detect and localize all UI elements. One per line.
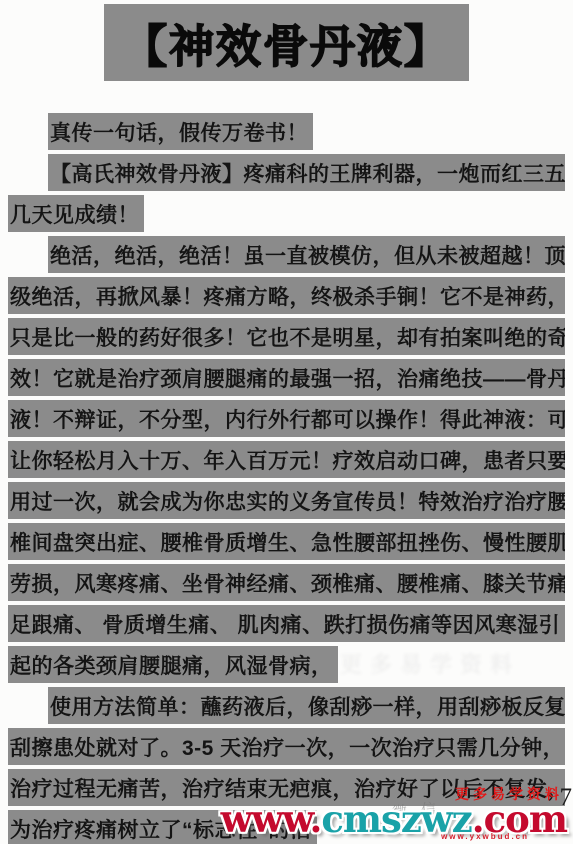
title-banner: 【神效骨丹液】	[104, 4, 469, 81]
text-line: 刮擦患处就对了。3-5 天治疗一次，一次治疗只需几分钟，	[8, 726, 565, 767]
text-line: 几天见成绩！	[8, 193, 565, 234]
highlighted-text: 使用方法简单：蘸药液后，像刮痧一样，用刮痧板反复	[48, 687, 565, 724]
text-line: 液！不辩证，不分型，内行外行都可以操作！得此神液：可	[8, 398, 565, 439]
document-page: 【神效骨丹液】 真传一句话，假传万卷书！ 【高氏神效骨丹液】疼痛科的王牌利器，一…	[0, 0, 573, 844]
watermark-site-url: www.cmszwz.com	[221, 802, 567, 836]
document-body: 真传一句话，假传万卷书！ 【高氏神效骨丹液】疼痛科的王牌利器，一炮而红三五 几天…	[8, 111, 565, 844]
highlighted-text: 几天见成绩！	[8, 195, 144, 232]
text-line: 真传一句话，假传万卷书！	[8, 111, 565, 152]
text-line: 只是比一般的药好很多！它也不是明星，却有拍案叫绝的奇	[8, 316, 565, 357]
text-line: 绝活，绝活，绝活！虽一直被模仿，但从未被超越！顶	[8, 234, 565, 275]
text-line: 劳损，风寒疼痛、坐骨神经痛、颈椎痛、腰椎痛、膝关节痛、	[8, 562, 565, 603]
highlighted-text: 用过一次，就会成为你忠实的义务宣传员！特效治疗治疗腰	[8, 482, 565, 519]
highlighted-text: 只是比一般的药好很多！它也不是明星，却有拍案叫绝的奇	[8, 318, 565, 355]
highlighted-text: 劳损，风寒疼痛、坐骨神经痛、颈椎痛、腰椎痛、膝关节痛、	[8, 564, 565, 601]
highlighted-text: 椎间盘突出症、腰椎骨质增生、急性腰部扭挫伤、慢性腰肌	[8, 523, 565, 560]
text-line: 使用方法简单：蘸药液后，像刮痧一样，用刮痧板反复	[8, 685, 565, 726]
highlighted-text: 起的各类颈肩腰腿痛，风湿骨病，	[8, 646, 338, 683]
text-line: 级绝活，再掀风暴！疼痛方略，终极杀手锏！它不是神药，	[8, 275, 565, 316]
highlighted-text: 足跟痛、 骨质增生痛、 肌肉痛、跌打损伤痛等因风寒湿引	[8, 605, 565, 642]
highlighted-text: 绝活，绝活，绝活！虽一直被模仿，但从未被超越！顶	[48, 236, 565, 273]
text-line: 足跟痛、 骨质增生痛、 肌肉痛、跌打损伤痛等因风寒湿引	[8, 603, 565, 644]
highlighted-text: 【高氏神效骨丹液】疼痛科的王牌利器，一炮而红三五	[48, 154, 565, 191]
highlighted-text: 刮擦患处就对了。3-5 天治疗一次，一次治疗只需几分钟，	[8, 728, 565, 765]
highlighted-text: 效！它就是治疗颈肩腰腿痛的最强一招，治痛绝技——骨丹	[8, 359, 565, 396]
text-line: 用过一次，就会成为你忠实的义务宣传员！特效治疗治疗腰	[8, 480, 565, 521]
highlighted-text: 液！不辩证，不分型，内行外行都可以操作！得此神液：可	[8, 400, 565, 437]
site-watermark: 更多易学资料 www.cmszwz.com www.yxwbud.cn	[221, 787, 567, 843]
watermark-sub-url: www.yxwbud.cn	[441, 832, 529, 841]
highlighted-text: 真传一句话，假传万卷书！	[48, 113, 313, 150]
text-line: 让你轻松月入十万、年入百万元！疗效启动口碑，患者只要	[8, 439, 565, 480]
text-line: 【高氏神效骨丹液】疼痛科的王牌利器，一炮而红三五	[8, 152, 565, 193]
text-line: 效！它就是治疗颈肩腰腿痛的最强一招，治痛绝技——骨丹	[8, 357, 565, 398]
highlighted-text: 让你轻松月入十万、年入百万元！疗效启动口碑，患者只要	[8, 441, 565, 478]
page-title: 【神效骨丹液】	[122, 10, 451, 75]
text-line: 椎间盘突出症、腰椎骨质增生、急性腰部扭挫伤、慢性腰肌	[8, 521, 565, 562]
text-line: 起的各类颈肩腰腿痛，风湿骨病，	[8, 644, 565, 685]
watermark-url-prefix: www.	[221, 797, 322, 841]
highlighted-text: 级绝活，再掀风暴！疼痛方略，终极杀手锏！它不是神药，	[8, 277, 565, 314]
